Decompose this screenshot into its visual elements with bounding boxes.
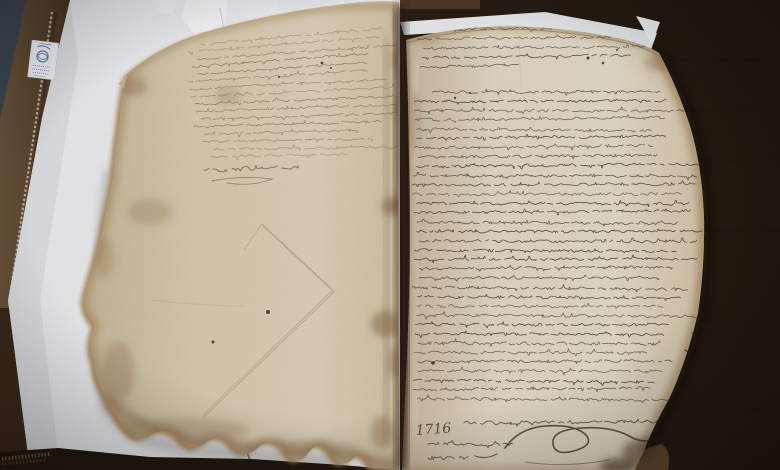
manuscript-photo: 1716 [0,0,780,470]
manuscript-photo-canvas: 1716 [0,0,780,470]
film-grain [0,0,780,470]
